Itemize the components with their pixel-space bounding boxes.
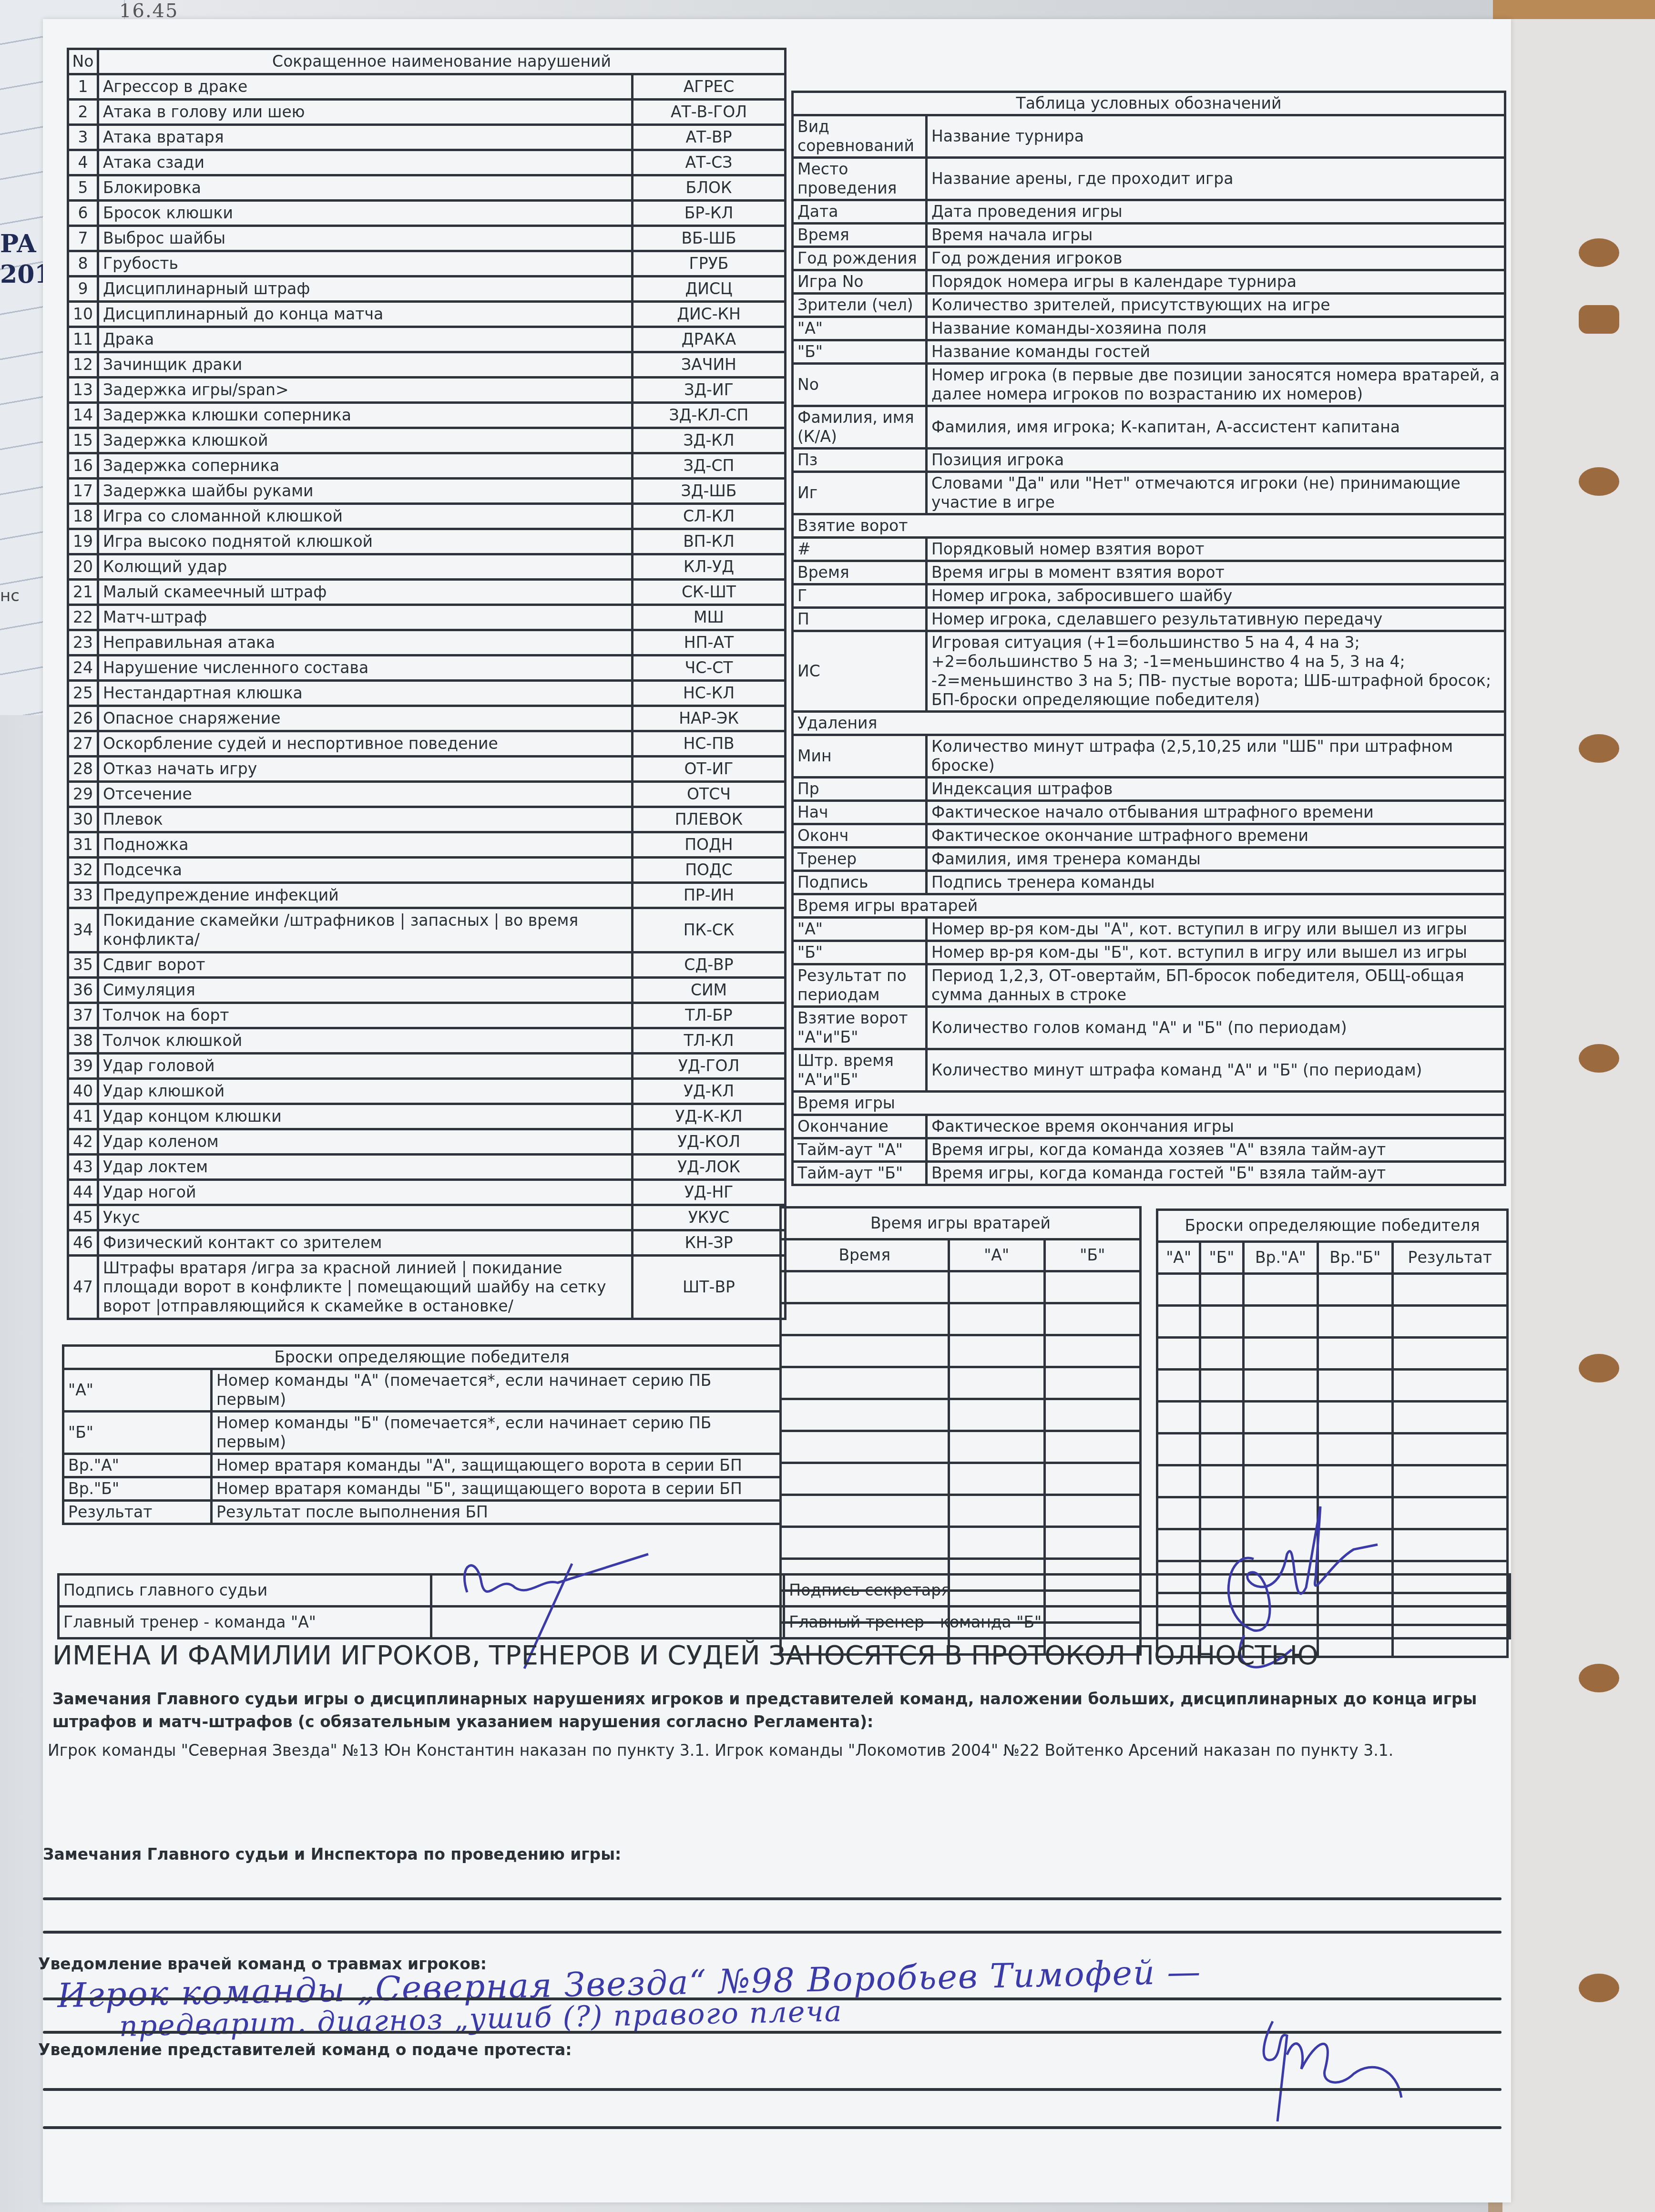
legend-key: Игра No [793, 270, 927, 294]
shootout-columns: "А""Б"Вр."А"Вр."Б"Результат [1157, 1242, 1508, 1274]
goalie-time-columns: Время"А""Б" [781, 1239, 1141, 1271]
legend-row: ПрИндексация штрафов [793, 778, 1505, 801]
violation-number: 15 [68, 428, 98, 453]
goalie-time-cell[interactable] [1044, 1431, 1140, 1463]
violation-row: 3Атака вратаряАТ-ВР [68, 125, 786, 150]
shootout-cell[interactable] [1157, 1529, 1200, 1561]
shootout-cell[interactable] [1157, 1338, 1200, 1370]
legend-key: ИС [793, 631, 927, 712]
violation-row: 47Штрафы вратаря /игра за красной линией… [68, 1256, 786, 1319]
legend-row: ВремяВремя игры в момент взятия ворот [793, 561, 1505, 584]
violation-code: ОТ-ИГ [633, 757, 786, 782]
shootout-cell[interactable] [1157, 1402, 1200, 1434]
goalie-time-cell[interactable] [949, 1303, 1044, 1335]
violation-number: 19 [68, 529, 98, 554]
violation-number: 45 [68, 1205, 98, 1230]
shootout-cell[interactable] [1200, 1370, 1243, 1402]
goalie-time-cell[interactable] [781, 1527, 949, 1559]
punch-hole [1579, 734, 1619, 763]
violation-number: 6 [68, 201, 98, 226]
violation-code: АТ-ВР [633, 125, 786, 150]
punch-hole [1579, 305, 1619, 334]
violation-number: 20 [68, 554, 98, 580]
goalie-time-row [781, 1527, 1141, 1559]
violation-row: 33Предупреждение инфекцийПР-ИН [68, 883, 786, 908]
legend-row: НачФактическое начало отбывания штрафног… [793, 801, 1505, 824]
violation-name: Подножка [98, 832, 633, 858]
legend-section-row: Взятие ворот [793, 514, 1505, 538]
goalie-time-cell[interactable] [949, 1431, 1044, 1463]
violation-number: 3 [68, 125, 98, 150]
legend-value: Время игры, когда команда гостей "Б" взя… [927, 1162, 1505, 1185]
shootout-cell[interactable] [1392, 1338, 1507, 1370]
goalie-time-cell[interactable] [1044, 1527, 1140, 1559]
violation-row: 15Задержка клюшкойЗД-КЛ [68, 428, 786, 453]
goalie-time-row [781, 1495, 1141, 1527]
goalie-time-row [781, 1335, 1141, 1367]
legend-row: Игра NoПорядок номера игры в календаре т… [793, 270, 1505, 294]
legend-row: Вид соревнованийНазвание турнира [793, 115, 1505, 158]
violation-name: Драка [98, 327, 633, 352]
legend-row: "А"Номер вр-ря ком-ды "А", кот. вступил … [793, 918, 1505, 941]
shootout-cell[interactable] [1243, 1338, 1318, 1370]
legend-value: Номер игрока, сделавшего результативную … [927, 608, 1505, 631]
violation-code: ЗД-ИГ [633, 378, 786, 403]
shootout-row [1157, 1274, 1508, 1306]
violation-code: ПР-ИН [633, 883, 786, 908]
violation-row: 36СимуляцияСИМ [68, 978, 786, 1003]
shootout-cell[interactable] [1318, 1370, 1392, 1402]
referee-remarks-title: Замечания Главного судьи игры о дисципли… [52, 1688, 1482, 1733]
violation-code: НС-КЛ [633, 681, 786, 706]
violation-number: 29 [68, 782, 98, 807]
violation-number: 2 [68, 100, 98, 125]
legend-row: Взятие ворот "А"и"Б"Количество голов ком… [793, 1007, 1505, 1049]
violation-row: 8ГрубостьГРУБ [68, 251, 786, 276]
legend-key: Тренер [793, 848, 927, 871]
shootout-cell[interactable] [1157, 1497, 1200, 1529]
violation-row: 39Удар головойУД-ГОЛ [68, 1054, 786, 1079]
violation-row: 4Атака сзадиАТ-СЗ [68, 150, 786, 175]
violation-code: ПК-СК [633, 908, 786, 952]
goalie-time-cell[interactable] [1044, 1303, 1140, 1335]
violation-number: 14 [68, 403, 98, 428]
shootout-cell[interactable] [1200, 1274, 1243, 1306]
shootout-column-header: "Б" [1200, 1242, 1243, 1274]
legend-section-title: Удаления [793, 712, 1505, 735]
shootout-cell[interactable] [1392, 1274, 1507, 1306]
violation-number: 21 [68, 580, 98, 605]
legend-row: Фамилия, имя (К/А)Фамилия, имя игрока; К… [793, 406, 1505, 449]
violation-row: 28Отказ начать игруОТ-ИГ [68, 757, 786, 782]
violation-row: 7Выброс шайбыВБ-ШБ [68, 226, 786, 251]
violation-number: 46 [68, 1230, 98, 1256]
violation-code: АГРЕС [633, 74, 786, 100]
shootout-cell[interactable] [1318, 1306, 1392, 1338]
violation-code: НП-АТ [633, 630, 786, 655]
legend-section-title: Взятие ворот [793, 514, 1505, 538]
legend-row: Место проведенияНазвание арены, где прох… [793, 158, 1505, 200]
legend-value: Позиция игрока [927, 449, 1505, 472]
violation-number: 17 [68, 479, 98, 504]
legend-key: Время [793, 561, 927, 584]
shootout-cell[interactable] [1392, 1402, 1507, 1434]
shootout-cell[interactable] [1243, 1274, 1318, 1306]
goalie-time-cell[interactable] [1044, 1271, 1140, 1303]
goalie-time-cell[interactable] [781, 1431, 949, 1463]
legend-value: Время начала игры [927, 224, 1505, 247]
shootout-column-header: Результат [1392, 1242, 1507, 1274]
violation-code: ДИС-КН [633, 302, 786, 327]
legend-key: Мин [793, 735, 927, 778]
shootout-cell[interactable] [1392, 1370, 1507, 1402]
legend-value: Количество минут штрафа (2,5,10,25 или "… [927, 735, 1505, 778]
shootout-legend-value: Результат после выполнения БП [212, 1501, 781, 1524]
violation-row: 22Матч-штрафМШ [68, 605, 786, 630]
desk-surface [1493, 0, 1655, 19]
shootout-legend-row: РезультатРезультат после выполнения БП [63, 1501, 781, 1524]
legend-key: Год рождения [793, 247, 927, 270]
legend-key: Вид соревнований [793, 115, 927, 158]
legend-value: Название турнира [927, 115, 1505, 158]
violation-row: 11ДракаДРАКА [68, 327, 786, 352]
background-fragment: нс [0, 586, 20, 605]
violation-name: Штрафы вратаря /игра за красной линией |… [98, 1256, 633, 1319]
violation-name: Удар ногой [98, 1180, 633, 1205]
full-names-notice: ИМЕНА И ФАМИЛИИ ИГРОКОВ, ТРЕНЕРОВ И СУДЕ… [52, 1640, 1318, 1671]
goalie-time-cell[interactable] [781, 1335, 949, 1367]
legend-key: Пз [793, 449, 927, 472]
shootout-legend-value: Номер вратаря команды "Б", защищающего в… [212, 1477, 781, 1501]
violation-name: Неправильная атака [98, 630, 633, 655]
violation-code: УД-ЛОК [633, 1155, 786, 1180]
legend-value: Название команды гостей [927, 340, 1505, 364]
violation-number: 31 [68, 832, 98, 858]
violation-code: ВБ-ШБ [633, 226, 786, 251]
violation-name: Удар коленом [98, 1129, 633, 1155]
violation-code: ПОДС [633, 858, 786, 883]
punch-hole [1579, 467, 1619, 496]
protest-notice-line [43, 2088, 1502, 2091]
legend-key: Зрители (чел) [793, 294, 927, 317]
legend-value: Номер игрока, забросившего шайбу [927, 584, 1505, 608]
violation-name: Оскорбление судей и неспортивное поведен… [98, 731, 633, 757]
violation-name: Удар головой [98, 1054, 633, 1079]
violation-name: Задержка соперника [98, 453, 633, 479]
violation-name: Покидание скамейки /штрафников | запасны… [98, 908, 633, 952]
legend-value: Фактическое начало отбывания штрафного в… [927, 801, 1505, 824]
legend-row: МинКоличество минут штрафа (2,5,10,25 ил… [793, 735, 1505, 778]
legend-value: Порядковый номер взятия ворот [927, 538, 1505, 561]
legend-value: Время игры в момент взятия ворот [927, 561, 1505, 584]
shootout-cell[interactable] [1157, 1434, 1200, 1465]
legend-row: ТренерФамилия, имя тренера команды [793, 848, 1505, 871]
shootout-cell[interactable] [1200, 1434, 1243, 1465]
shootout-cell[interactable] [1157, 1306, 1200, 1338]
shootout-cell[interactable] [1200, 1338, 1243, 1370]
violation-name: Симуляция [98, 978, 633, 1003]
goalie-time-column-header: Время [781, 1239, 949, 1271]
legend-row: ГНомер игрока, забросившего шайбу [793, 584, 1505, 608]
plastic-sleeve [1488, 19, 1655, 2212]
violation-number: 32 [68, 858, 98, 883]
legend-value: Номер игрока (в первые две позиции занос… [927, 364, 1505, 406]
goalie-time-cell[interactable] [949, 1271, 1044, 1303]
violation-number: 4 [68, 150, 98, 175]
violation-code: ГРУБ [633, 251, 786, 276]
legend-value: Количество зрителей, присутствующих на и… [927, 294, 1505, 317]
violation-number: 24 [68, 655, 98, 681]
legend-key: Взятие ворот "А"и"Б" [793, 1007, 927, 1049]
legend-key: Тайм-аут "А" [793, 1138, 927, 1162]
legend-value: Название команды-хозяина поля [927, 317, 1505, 340]
violation-code: ЗД-КЛ [633, 428, 786, 453]
legend-key: "Б" [793, 340, 927, 364]
goalie-time-cell[interactable] [781, 1399, 949, 1431]
shootout-cell[interactable] [1243, 1306, 1318, 1338]
violation-code: УД-НГ [633, 1180, 786, 1205]
violation-name: Задержка шайбы руками [98, 479, 633, 504]
violation-name: Опасное снаряжение [98, 706, 633, 731]
shootout-cell[interactable] [1392, 1529, 1507, 1561]
shootout-legend-row: Вр."Б"Номер вратаря команды "Б", защищаю… [63, 1477, 781, 1501]
violation-name: Сдвиг ворот [98, 952, 633, 978]
shootout-cell[interactable] [1157, 1465, 1200, 1497]
legend-row: Результат по периодамПериод 1,2,3, ОТ-ов… [793, 964, 1505, 1007]
violation-code: ДРАКА [633, 327, 786, 352]
violation-code: КН-ЗР [633, 1230, 786, 1256]
violation-number: 7 [68, 226, 98, 251]
shootout-cell[interactable] [1392, 1306, 1507, 1338]
violation-name: Отказ начать игру [98, 757, 633, 782]
shootout-legend-title: Броски определяющие победителя [63, 1346, 781, 1369]
shootout-legend-key: Результат [63, 1501, 212, 1524]
violation-row: 17Задержка шайбы рукамиЗД-ШБ [68, 479, 786, 504]
goalie-time-cell[interactable] [781, 1367, 949, 1399]
violation-code: ЧС-СТ [633, 655, 786, 681]
violation-row: 26Опасное снаряжениеНАР-ЭК [68, 706, 786, 731]
shootout-cell[interactable] [1200, 1402, 1243, 1434]
violation-name: Малый скамеечный штраф [98, 580, 633, 605]
violation-code: МШ [633, 605, 786, 630]
violation-row: 14Задержка клюшки соперникаЗД-КЛ-СП [68, 403, 786, 428]
goalie-time-row [781, 1431, 1141, 1463]
violation-code: НАР-ЭК [633, 706, 786, 731]
legend-row: Тайм-аут "А"Время игры, когда команда хо… [793, 1138, 1505, 1162]
shootout-column-header: Вр."А" [1243, 1242, 1318, 1274]
violation-row: 6Бросок клюшкиБР-КЛ [68, 201, 786, 226]
goalie-time-cell[interactable] [949, 1367, 1044, 1399]
legend-row: "А"Название команды-хозяина поля [793, 317, 1505, 340]
violation-code: АТ-СЗ [633, 150, 786, 175]
shootout-cell[interactable] [1157, 1274, 1200, 1306]
goalie-time-cell[interactable] [781, 1463, 949, 1495]
punch-hole [1579, 1974, 1619, 2002]
violation-code: СК-ШТ [633, 580, 786, 605]
coach-a-label: Главный тренер - команда "А" [59, 1607, 431, 1639]
violation-code: ЗД-СП [633, 453, 786, 479]
violation-code: СЛ-КЛ [633, 504, 786, 529]
violation-row: 10Дисциплинарный до конца матчаДИС-КН [68, 302, 786, 327]
goalie-time-cell[interactable] [949, 1463, 1044, 1495]
violation-code: СИМ [633, 978, 786, 1003]
shootout-cell[interactable] [1243, 1402, 1318, 1434]
violations-title: Сокращенное наименование нарушений [98, 49, 786, 74]
violation-number: 39 [68, 1054, 98, 1079]
violation-name: Плевок [98, 807, 633, 832]
violation-code: СД-ВР [633, 952, 786, 978]
legend-section-title: Время игры [793, 1092, 1505, 1115]
violation-row: 37Толчок на бортТЛ-БР [68, 1003, 786, 1028]
legend-value: Время игры, когда команда хозяев "А" взя… [927, 1138, 1505, 1162]
legend-row: ПодписьПодпись тренера команды [793, 871, 1505, 894]
shootout-cell[interactable] [1157, 1370, 1200, 1402]
shootout-cell[interactable] [1318, 1402, 1392, 1434]
legend-key: Время [793, 224, 927, 247]
violation-name: Колющий удар [98, 554, 633, 580]
legend-row: ОкончФактическое окончание штрафного вре… [793, 824, 1505, 848]
inspector-remarks-line [43, 1931, 1502, 1934]
goalie-time-row [781, 1399, 1141, 1431]
violation-number: 33 [68, 883, 98, 908]
goalie-time-cell[interactable] [1044, 1463, 1140, 1495]
violation-row: 2Атака в голову или шеюАТ-В-ГОЛ [68, 100, 786, 125]
shootout-row [1157, 1338, 1508, 1370]
violation-number: 8 [68, 251, 98, 276]
violation-name: Толчок клюшкой [98, 1028, 633, 1054]
goalie-time-cell[interactable] [1044, 1495, 1140, 1527]
violation-name: Предупреждение инфекций [98, 883, 633, 908]
legend-row: ДатаДата проведения игры [793, 200, 1505, 224]
violations-header-row: No Сокращенное наименование нарушений [68, 49, 786, 74]
violation-number: 37 [68, 1003, 98, 1028]
goalie-time-cell[interactable] [949, 1335, 1044, 1367]
goalie-time-title: Время игры вратарей [781, 1208, 1141, 1239]
shootout-cell[interactable] [1318, 1274, 1392, 1306]
violation-number: 44 [68, 1180, 98, 1205]
legend-key: "Б" [793, 941, 927, 964]
legend-key: Оконч [793, 824, 927, 848]
punch-hole [1579, 238, 1619, 267]
goalie-time-cell[interactable] [781, 1495, 949, 1527]
goalie-time-row [781, 1271, 1141, 1303]
legend-value: Подпись тренера команды [927, 871, 1505, 894]
violations-body: 1Агрессор в дракеАГРЕС2Атака в голову ил… [68, 74, 786, 1319]
legend-value: Номер вр-ря ком-ды "А", кот. вступил в и… [927, 918, 1505, 941]
violation-name: Агрессор в драке [98, 74, 633, 100]
protest-notice-title: Уведомление представителей команд о пода… [38, 2040, 572, 2059]
violation-code: ШТ-ВР [633, 1256, 786, 1319]
violation-number: 18 [68, 504, 98, 529]
violation-name: Игра со сломанной клюшкой [98, 504, 633, 529]
violation-number: 13 [68, 378, 98, 403]
violation-number: 26 [68, 706, 98, 731]
shootout-legend-row: "А"Номер команды "А" (помечается*, если … [63, 1369, 781, 1412]
violation-row: 20Колющий ударКЛ-УД [68, 554, 786, 580]
legend-key: Тайм-аут "Б" [793, 1162, 927, 1185]
violation-name: Задержка клюшки соперника [98, 403, 633, 428]
referee-remarks-text: Игрок команды "Северная Звезда" №13 Юн К… [48, 1740, 1497, 1761]
legend-row: ВремяВремя начала игры [793, 224, 1505, 247]
goalie-time-cell[interactable] [1044, 1399, 1140, 1431]
shootout-column-header: Вр."Б" [1318, 1242, 1392, 1274]
legend-row: Год рожденияГод рождения игроков [793, 247, 1505, 270]
shootout-cell[interactable] [1392, 1465, 1507, 1497]
goalie-time-cell[interactable] [781, 1303, 949, 1335]
shootout-legend-key: "А" [63, 1369, 212, 1412]
violation-row: 18Игра со сломанной клюшкойСЛ-КЛ [68, 504, 786, 529]
legend-value: Период 1,2,3, ОТ-овертайм, БП-бросок поб… [927, 964, 1505, 1007]
goalie-time-row [781, 1367, 1141, 1399]
violation-number: 1 [68, 74, 98, 100]
violation-row: 32ПодсечкаПОДС [68, 858, 786, 883]
shootout-cell[interactable] [1243, 1370, 1318, 1402]
shootout-legend-value: Номер команды "Б" (помечается*, если нач… [212, 1412, 781, 1454]
legend-section-row: Время игры вратарей [793, 894, 1505, 918]
violation-name: Выброс шайбы [98, 226, 633, 251]
violation-name: Физический контакт со зрителем [98, 1230, 633, 1256]
shootout-cell[interactable] [1318, 1338, 1392, 1370]
shootout-cell[interactable] [1318, 1434, 1392, 1465]
legend-value: Дата проведения игры [927, 200, 1505, 224]
head-referee-label: Подпись главного судьи [59, 1575, 431, 1607]
shootout-legend-row: Вр."А"Номер вратаря команды "А", защищаю… [63, 1454, 781, 1477]
legend-table: Таблица условных обозначений Вид соревно… [791, 91, 1506, 1186]
goalie-time-cell[interactable] [1044, 1335, 1140, 1367]
legend-value: Фактическое время окончания игры [927, 1115, 1505, 1138]
violation-code: ЗД-ШБ [633, 479, 786, 504]
violation-row: 9Дисциплинарный штрафДИСЦ [68, 276, 786, 302]
legend-row: ИСИгровая ситуация (+1=большинство 5 на … [793, 631, 1505, 712]
goalie-time-cell[interactable] [781, 1271, 949, 1303]
shootout-cell[interactable] [1200, 1306, 1243, 1338]
legend-row: Тайм-аут "Б"Время игры, когда команда го… [793, 1162, 1505, 1185]
goalie-time-cell[interactable] [1044, 1367, 1140, 1399]
violation-code: ДИСЦ [633, 276, 786, 302]
violation-code: ПОДН [633, 832, 786, 858]
legend-value: Порядок номера игры в календаре турнира [927, 270, 1505, 294]
shootout-cell[interactable] [1392, 1497, 1507, 1529]
violation-number: 41 [68, 1104, 98, 1129]
punch-hole [1579, 1044, 1619, 1073]
violation-code: УД-К-КЛ [633, 1104, 786, 1129]
legend-value: Название арены, где проходит игра [927, 158, 1505, 200]
violation-row: 44Удар ногойУД-НГ [68, 1180, 786, 1205]
punch-hole [1579, 1664, 1619, 1692]
violation-number: 30 [68, 807, 98, 832]
violation-row: 29ОтсечениеОТСЧ [68, 782, 786, 807]
goalie-time-cell[interactable] [949, 1527, 1044, 1559]
legend-section-title: Время игры вратарей [793, 894, 1505, 918]
violation-row: 43Удар локтемУД-ЛОК [68, 1155, 786, 1180]
violation-number: 40 [68, 1079, 98, 1104]
shootout-cell[interactable] [1392, 1434, 1507, 1465]
violation-number: 25 [68, 681, 98, 706]
violation-row: 35Сдвиг воротСД-ВР [68, 952, 786, 978]
violation-row: 30ПлевокПЛЕВОК [68, 807, 786, 832]
violation-name: Нарушение численного состава [98, 655, 633, 681]
violation-name: Атака сзади [98, 150, 633, 175]
shootout-cell[interactable] [1243, 1434, 1318, 1465]
inspector-remarks-line [43, 1897, 1502, 1900]
violation-row: 40Удар клюшкойУД-КЛ [68, 1079, 786, 1104]
goalie-time-cell[interactable] [949, 1495, 1044, 1527]
goalie-time-cell[interactable] [949, 1399, 1044, 1431]
goalie-time-row [781, 1303, 1141, 1335]
violation-name: Матч-штраф [98, 605, 633, 630]
legend-key: "А" [793, 918, 927, 941]
legend-row: "Б"Номер вр-ря ком-ды "Б", кот. вступил … [793, 941, 1505, 964]
